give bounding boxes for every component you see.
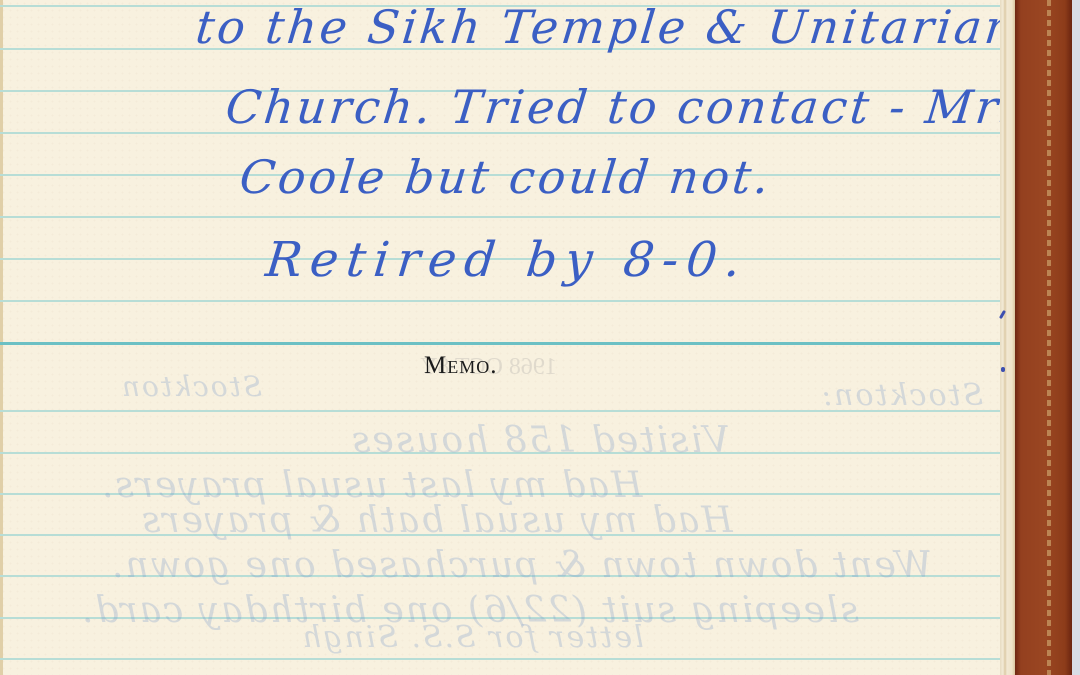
bleed-through-text: Stockton: [120, 370, 262, 403]
ink-mark: [1001, 367, 1005, 372]
diary-page: Stockton Stockton: Visited 158 houses Ha…: [0, 0, 1000, 675]
page-left-edge: [0, 0, 3, 675]
bleed-through-text: letter for S.S. Singh: [300, 620, 644, 655]
leather-spine: [1015, 0, 1072, 675]
ruled-line: [0, 216, 1000, 218]
bleed-through-text: Visited 158 houses: [350, 420, 730, 461]
handwritten-line-1: to the Sikh Temple & Unitarian: [193, 0, 1020, 54]
bleed-through-text: Had my usual bath & prayers: [140, 500, 733, 541]
memo-divider-line: [0, 342, 1000, 345]
handwritten-line-3: Coole but could not.: [237, 150, 774, 204]
scan-background: [1072, 0, 1080, 675]
ruled-line: [0, 300, 1000, 302]
spine-stitching: [1047, 0, 1051, 675]
handwritten-line-4: Retired by 8-0.: [263, 232, 751, 288]
bleed-through-text: Stockton:: [820, 378, 983, 413]
ruled-line: [0, 658, 1000, 660]
handwritten-line-2: Church. Tried to contact - Mrs: [223, 80, 1030, 134]
memo-heading: Memo.: [424, 352, 497, 380]
bleed-through-text: Went down town & purchased one gown.: [110, 545, 932, 586]
page-gutter-edges: [1000, 0, 1015, 675]
